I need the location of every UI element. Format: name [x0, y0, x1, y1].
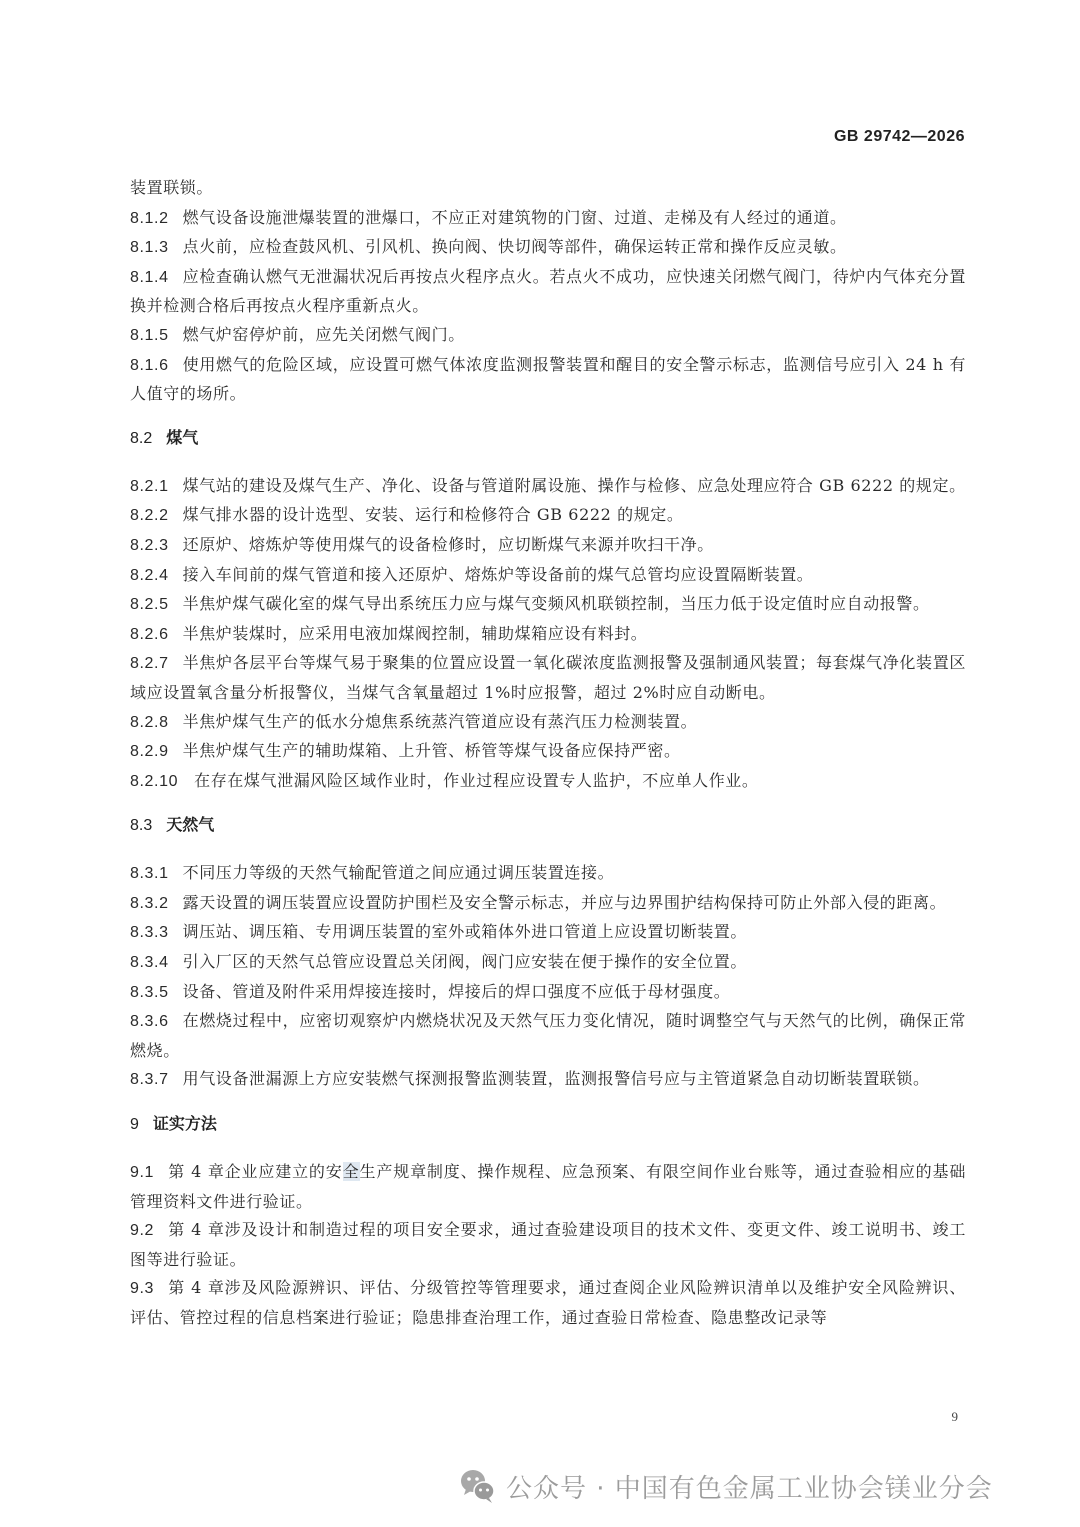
- clause-text: 设备、管道及附件采用焊接连接时，焊接后的焊口强度不应低于母材强度。: [183, 982, 731, 1001]
- clause-number: 8.1.2: [130, 210, 169, 227]
- clause-8-2-10: 8.2.10在存在煤气泄漏风险区域作业时，作业过程应设置专人监护，不应单人作业。: [130, 767, 966, 797]
- clause-text: 不同压力等级的天然气输配管道之间应通过调压装置连接。: [183, 863, 615, 882]
- clause-8-2-1: 8.2.1煤气站的建设及煤气生产、净化、设备与管道附属设施、操作与检修、应急处理…: [130, 472, 966, 502]
- heading-number: 9: [130, 1116, 139, 1133]
- clause-8-1-3: 8.1.3点火前，应检查鼓风机、引风机、换向阀、快切阀等部件，确保运转正常和操作…: [130, 233, 966, 263]
- clause-text: 在存在煤气泄漏风险区域作业时，作业过程应设置专人监护，不应单人作业。: [194, 771, 758, 790]
- clause-number: 9.3: [130, 1280, 154, 1297]
- clause-8-2-6: 8.2.6半焦炉装煤时，应采用电液加煤阀控制，辅助煤箱应设有料封。: [130, 620, 966, 650]
- clause-8-3-5: 8.3.5设备、管道及附件采用焊接连接时，焊接后的焊口强度不应低于母材强度。: [130, 978, 966, 1008]
- section-heading-8-3: 8.3天然气: [130, 811, 966, 840]
- clause-text: 露天设置的调压装置应设置防护围栏及安全警示标志，并应与边界围护结构保持可防止外部…: [183, 893, 947, 912]
- clause-8-2-2: 8.2.2煤气排水器的设计选型、安装、运行和检修符合 GB 6222 的规定。: [130, 501, 966, 531]
- clause-number: 8.1.4: [130, 269, 169, 286]
- clause-text: 接入车间前的煤气管道和接入还原炉、熔炼炉等设备前的煤气总管均应设置隔断装置。: [183, 565, 814, 584]
- heading-title: 证实方法: [153, 1114, 217, 1133]
- clause-number: 8.3.7: [130, 1071, 169, 1088]
- clause-8-2-9: 8.2.9半焦炉煤气生产的辅助煤箱、上升管、桥管等煤气设备应保持严密。: [130, 737, 966, 767]
- clause-8-1-5: 8.1.5燃气炉窑停炉前，应先关闭燃气阀门。: [130, 321, 966, 351]
- clause-8-3-2: 8.3.2露天设置的调压装置应设置防护围栏及安全警示标志，并应与边界围护结构保持…: [130, 889, 966, 919]
- clause-9-2: 9.2第 4 章涉及设计和制造过程的项目安全要求，通过查验建设项目的技术文件、变…: [130, 1216, 966, 1274]
- clause-number: 8.1.6: [130, 357, 169, 374]
- clause-number: 8.2.1: [130, 478, 169, 495]
- clause-text: 调压站、调压箱、专用调压装置的室外或箱体外进口管道上应设置切断装置。: [183, 922, 747, 941]
- clause-text: 在燃烧过程中，应密切观察炉内燃烧状况及天然气压力变化情况，随时调整空气与天然气的…: [130, 1011, 966, 1060]
- clause-text: 半焦炉装煤时，应采用电液加煤阀控制，辅助煤箱应设有料封。: [183, 624, 648, 643]
- paragraph-text: 装置联锁。: [130, 178, 213, 197]
- clause-number: 8.2.8: [130, 714, 169, 731]
- clause-text: 使用燃气的危险区域，应设置可燃气体浓度监测报警装置和醒目的安全警示标志，监测信号…: [130, 355, 966, 404]
- clause-number: 8.2.10: [130, 773, 178, 790]
- clause-text: 煤气排水器的设计选型、安装、运行和检修符合 GB 6222 的规定。: [183, 505, 684, 524]
- clause-number: 8.1.5: [130, 327, 169, 344]
- clause-8-3-7: 8.3.7用气设备泄漏源上方应安装燃气探测报警监测装置，监测报警信号应与主管道紧…: [130, 1065, 966, 1095]
- page-number: 9: [952, 1409, 959, 1425]
- clause-8-2-3: 8.2.3还原炉、熔炼炉等使用煤气的设备检修时，应切断煤气来源并吹扫干净。: [130, 531, 966, 561]
- heading-title: 天然气: [166, 815, 214, 834]
- watermark-account-name: 中国有色金属工业协会镁业分会: [615, 1468, 993, 1505]
- clause-text: 煤气站的建设及煤气生产、净化、设备与管道附属设施、操作与检修、应急处理应符合 G…: [183, 476, 966, 495]
- heading-number: 8.2: [130, 430, 152, 447]
- clause-8-3-6: 8.3.6在燃烧过程中，应密切观察炉内燃烧状况及天然气压力变化情况，随时调整空气…: [130, 1007, 966, 1065]
- heading-title: 煤气: [166, 428, 198, 447]
- clause-number: 8.2.7: [130, 655, 169, 672]
- standard-code: GB 29742—2026: [834, 128, 965, 146]
- clause-8-1-6: 8.1.6使用燃气的危险区域，应设置可燃气体浓度监测报警装置和醒目的安全警示标志…: [130, 351, 966, 409]
- wechat-watermark: 公众号 · 中国有色金属工业协会镁业分会: [458, 1466, 993, 1506]
- clause-number: 8.2.5: [130, 596, 169, 613]
- clause-number: 9.2: [130, 1222, 154, 1239]
- clause-text: 燃气设备设施泄爆装置的泄爆口，不应正对建筑物的门窗、过道、走梯及有人经过的通道。: [183, 208, 847, 227]
- clause-8-2-8: 8.2.8半焦炉煤气生产的低水分熄焦系统蒸汽管道应设有蒸汽压力检测装置。: [130, 708, 966, 738]
- heading-number: 8.3: [130, 817, 152, 834]
- clause-8-2-5: 8.2.5半焦炉煤气碳化室的煤气导出系统压力应与煤气变频风机联锁控制，当压力低于…: [130, 590, 966, 620]
- clause-8-3-3: 8.3.3调压站、调压箱、专用调压装置的室外或箱体外进口管道上应设置切断装置。: [130, 918, 966, 948]
- clause-text: 半焦炉煤气碳化室的煤气导出系统压力应与煤气变频风机联锁控制，当压力低于设定值时应…: [183, 594, 930, 613]
- clause-9-1: 9.1第 4 章企业应建立的安全生产规章制度、操作规程、应急预案、有限空间作业台…: [130, 1158, 966, 1216]
- section-heading-8-2: 8.2煤气: [130, 424, 966, 453]
- clause-number: 8.3.6: [130, 1013, 169, 1030]
- clause-text: 第 4 章企业应建立的安: [168, 1162, 343, 1181]
- clause-text: 点火前，应检查鼓风机、引风机、换向阀、快切阀等部件，确保运转正常和操作反应灵敏。: [183, 237, 847, 256]
- clause-number: 8.3.5: [130, 984, 169, 1001]
- clause-text: 半焦炉煤气生产的辅助煤箱、上升管、桥管等煤气设备应保持严密。: [183, 741, 681, 760]
- clause-8-1-2: 8.1.2燃气设备设施泄爆装置的泄爆口，不应正对建筑物的门窗、过道、走梯及有人经…: [130, 204, 966, 234]
- clause-number: 8.3.2: [130, 895, 169, 912]
- clause-9-3: 9.3第 4 章涉及风险源辨识、评估、分级管控等管理要求，通过查阅企业风险辨识清…: [130, 1274, 966, 1332]
- clause-8-1-4: 8.1.4应检查确认燃气无泄漏状况后再按点火程序点火。若点火不成功，应快速关闭燃…: [130, 263, 966, 321]
- text-selection-highlight[interactable]: 全: [343, 1162, 360, 1181]
- clause-text: 引入厂区的天然气总管应设置总关闭阀，阀门应安装在便于操作的安全位置。: [183, 952, 747, 971]
- clause-text: 还原炉、熔炼炉等使用煤气的设备检修时，应切断煤气来源并吹扫干净。: [183, 535, 714, 554]
- paragraph-continuation: 装置联锁。: [130, 174, 966, 203]
- wechat-icon: [458, 1466, 498, 1506]
- clause-8-2-7: 8.2.7半焦炉各层平台等煤气易于聚集的位置应设置一氧化碳浓度监测报警及强制通风…: [130, 649, 966, 707]
- section-heading-9: 9证实方法: [130, 1110, 966, 1139]
- clause-text: 燃气炉窑停炉前，应先关闭燃气阀门。: [183, 325, 465, 344]
- document-page: GB 29742—2026 装置联锁。 8.1.2燃气设备设施泄爆装置的泄爆口，…: [0, 0, 1080, 1527]
- document-body: 装置联锁。 8.1.2燃气设备设施泄爆装置的泄爆口，不应正对建筑物的门窗、过道、…: [130, 174, 966, 1333]
- clause-number: 8.2.6: [130, 626, 169, 643]
- clause-number: 9.1: [130, 1164, 154, 1181]
- clause-8-3-4: 8.3.4引入厂区的天然气总管应设置总关闭阀，阀门应安装在便于操作的安全位置。: [130, 948, 966, 978]
- clause-number: 8.2.3: [130, 537, 169, 554]
- clause-8-2-4: 8.2.4接入车间前的煤气管道和接入还原炉、熔炼炉等设备前的煤气总管均应设置隔断…: [130, 561, 966, 591]
- clause-text: 第 4 章涉及风险源辨识、评估、分级管控等管理要求，通过查阅企业风险辨识清单以及…: [130, 1278, 966, 1327]
- clause-8-3-1: 8.3.1不同压力等级的天然气输配管道之间应通过调压装置连接。: [130, 859, 966, 889]
- clause-number: 8.3.4: [130, 954, 169, 971]
- clause-number: 8.2.4: [130, 567, 169, 584]
- clause-number: 8.2.2: [130, 507, 169, 524]
- clause-number: 8.3.1: [130, 865, 169, 882]
- clause-number: 8.2.9: [130, 743, 169, 760]
- clause-number: 8.1.3: [130, 239, 169, 256]
- watermark-prefix: 公众号 ·: [506, 1468, 615, 1505]
- clause-text: 应检查确认燃气无泄漏状况后再按点火程序点火。若点火不成功，应快速关闭燃气阀门，待…: [130, 267, 966, 316]
- clause-text: 半焦炉各层平台等煤气易于聚集的位置应设置一氧化碳浓度监测报警及强制通风装置；每套…: [130, 653, 966, 702]
- clause-text: 用气设备泄漏源上方应安装燃气探测报警监测装置，监测报警信号应与主管道紧急自动切断…: [183, 1069, 930, 1088]
- clause-text: 第 4 章涉及设计和制造过程的项目安全要求，通过查验建设项目的技术文件、变更文件…: [130, 1220, 966, 1269]
- clause-number: 8.3.3: [130, 924, 169, 941]
- clause-text: 半焦炉煤气生产的低水分熄焦系统蒸汽管道应设有蒸汽压力检测装置。: [183, 712, 698, 731]
